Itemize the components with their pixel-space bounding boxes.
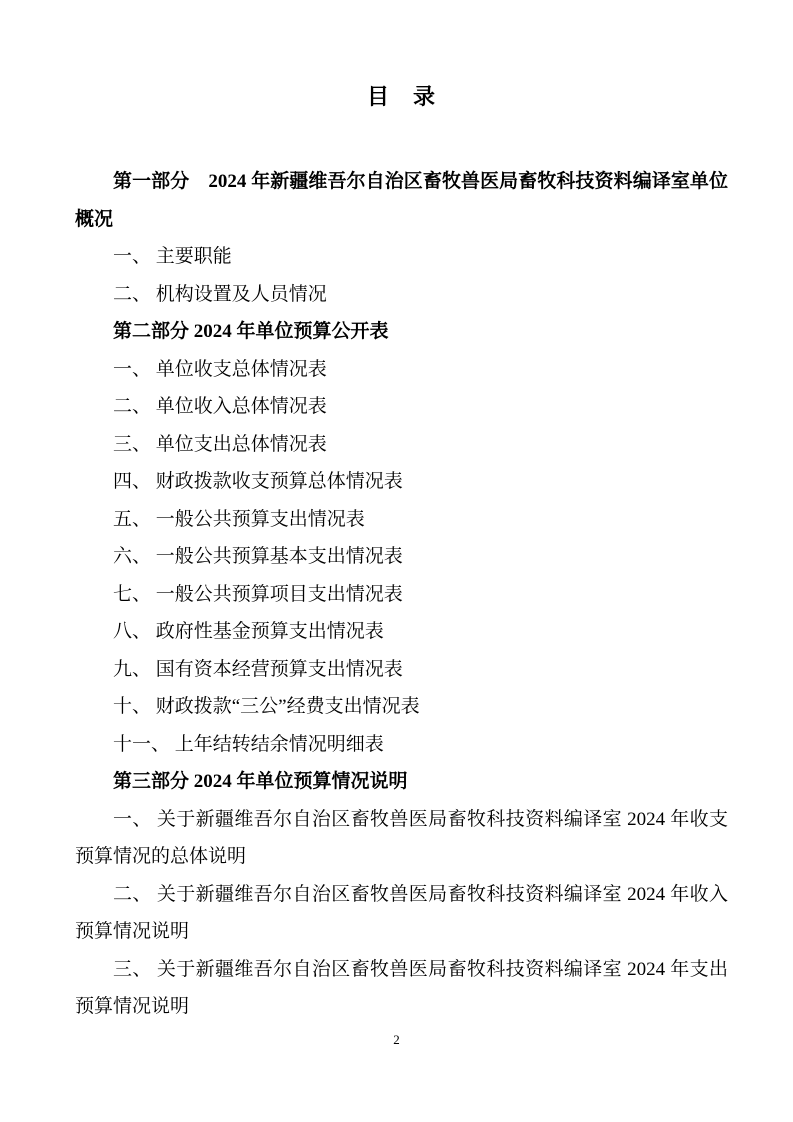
toc-item: 四、 财政拨款收支预算总体情况表	[75, 463, 728, 501]
toc-item: 二、 机构设置及人员情况	[75, 276, 728, 314]
toc-item: 一、 关于新疆维吾尔自治区畜牧兽医局畜牧科技资料编译室 2024 年收支预算情况…	[75, 801, 728, 876]
toc-item: 九、 国有资本经营预算支出情况表	[75, 651, 728, 689]
toc-part-heading: 第一部分 2024 年新疆维吾尔自治区畜牧兽医局畜牧科技资料编译室单位概况	[75, 163, 728, 238]
toc-item: 二、 单位收入总体情况表	[75, 388, 728, 426]
toc-item: 八、 政府性基金预算支出情况表	[75, 613, 728, 651]
toc-item: 七、 一般公共预算项目支出情况表	[75, 576, 728, 614]
toc-part-heading: 第二部分 2024 年单位预算公开表	[75, 313, 728, 351]
toc-item: 一、 单位收支总体情况表	[75, 351, 728, 389]
page-number: 2	[0, 1032, 793, 1048]
toc-item: 三、 关于新疆维吾尔自治区畜牧兽医局畜牧科技资料编译室 2024 年支出预算情况…	[75, 951, 728, 1026]
toc-item: 三、 单位支出总体情况表	[75, 426, 728, 464]
document-page: 目 录 第一部分 2024 年新疆维吾尔自治区畜牧兽医局畜牧科技资料编译室单位概…	[0, 0, 793, 1122]
toc-part-heading: 第三部分 2024 年单位预算情况说明	[75, 763, 728, 801]
toc-item: 六、 一般公共预算基本支出情况表	[75, 538, 728, 576]
toc-item: 十一、 上年结转结余情况明细表	[75, 726, 728, 764]
document-title: 目 录	[75, 82, 728, 112]
toc-item: 一、 主要职能	[75, 238, 728, 276]
toc-item: 二、 关于新疆维吾尔自治区畜牧兽医局畜牧科技资料编译室 2024 年收入预算情况…	[75, 876, 728, 951]
toc-item: 五、 一般公共预算支出情况表	[75, 501, 728, 539]
document-content: 目 录 第一部分 2024 年新疆维吾尔自治区畜牧兽医局畜牧科技资料编译室单位概…	[0, 0, 793, 1026]
toc-item: 十、 财政拨款“三公”经费支出情况表	[75, 688, 728, 726]
toc: 第一部分 2024 年新疆维吾尔自治区畜牧兽医局畜牧科技资料编译室单位概况 一、…	[75, 163, 728, 1026]
